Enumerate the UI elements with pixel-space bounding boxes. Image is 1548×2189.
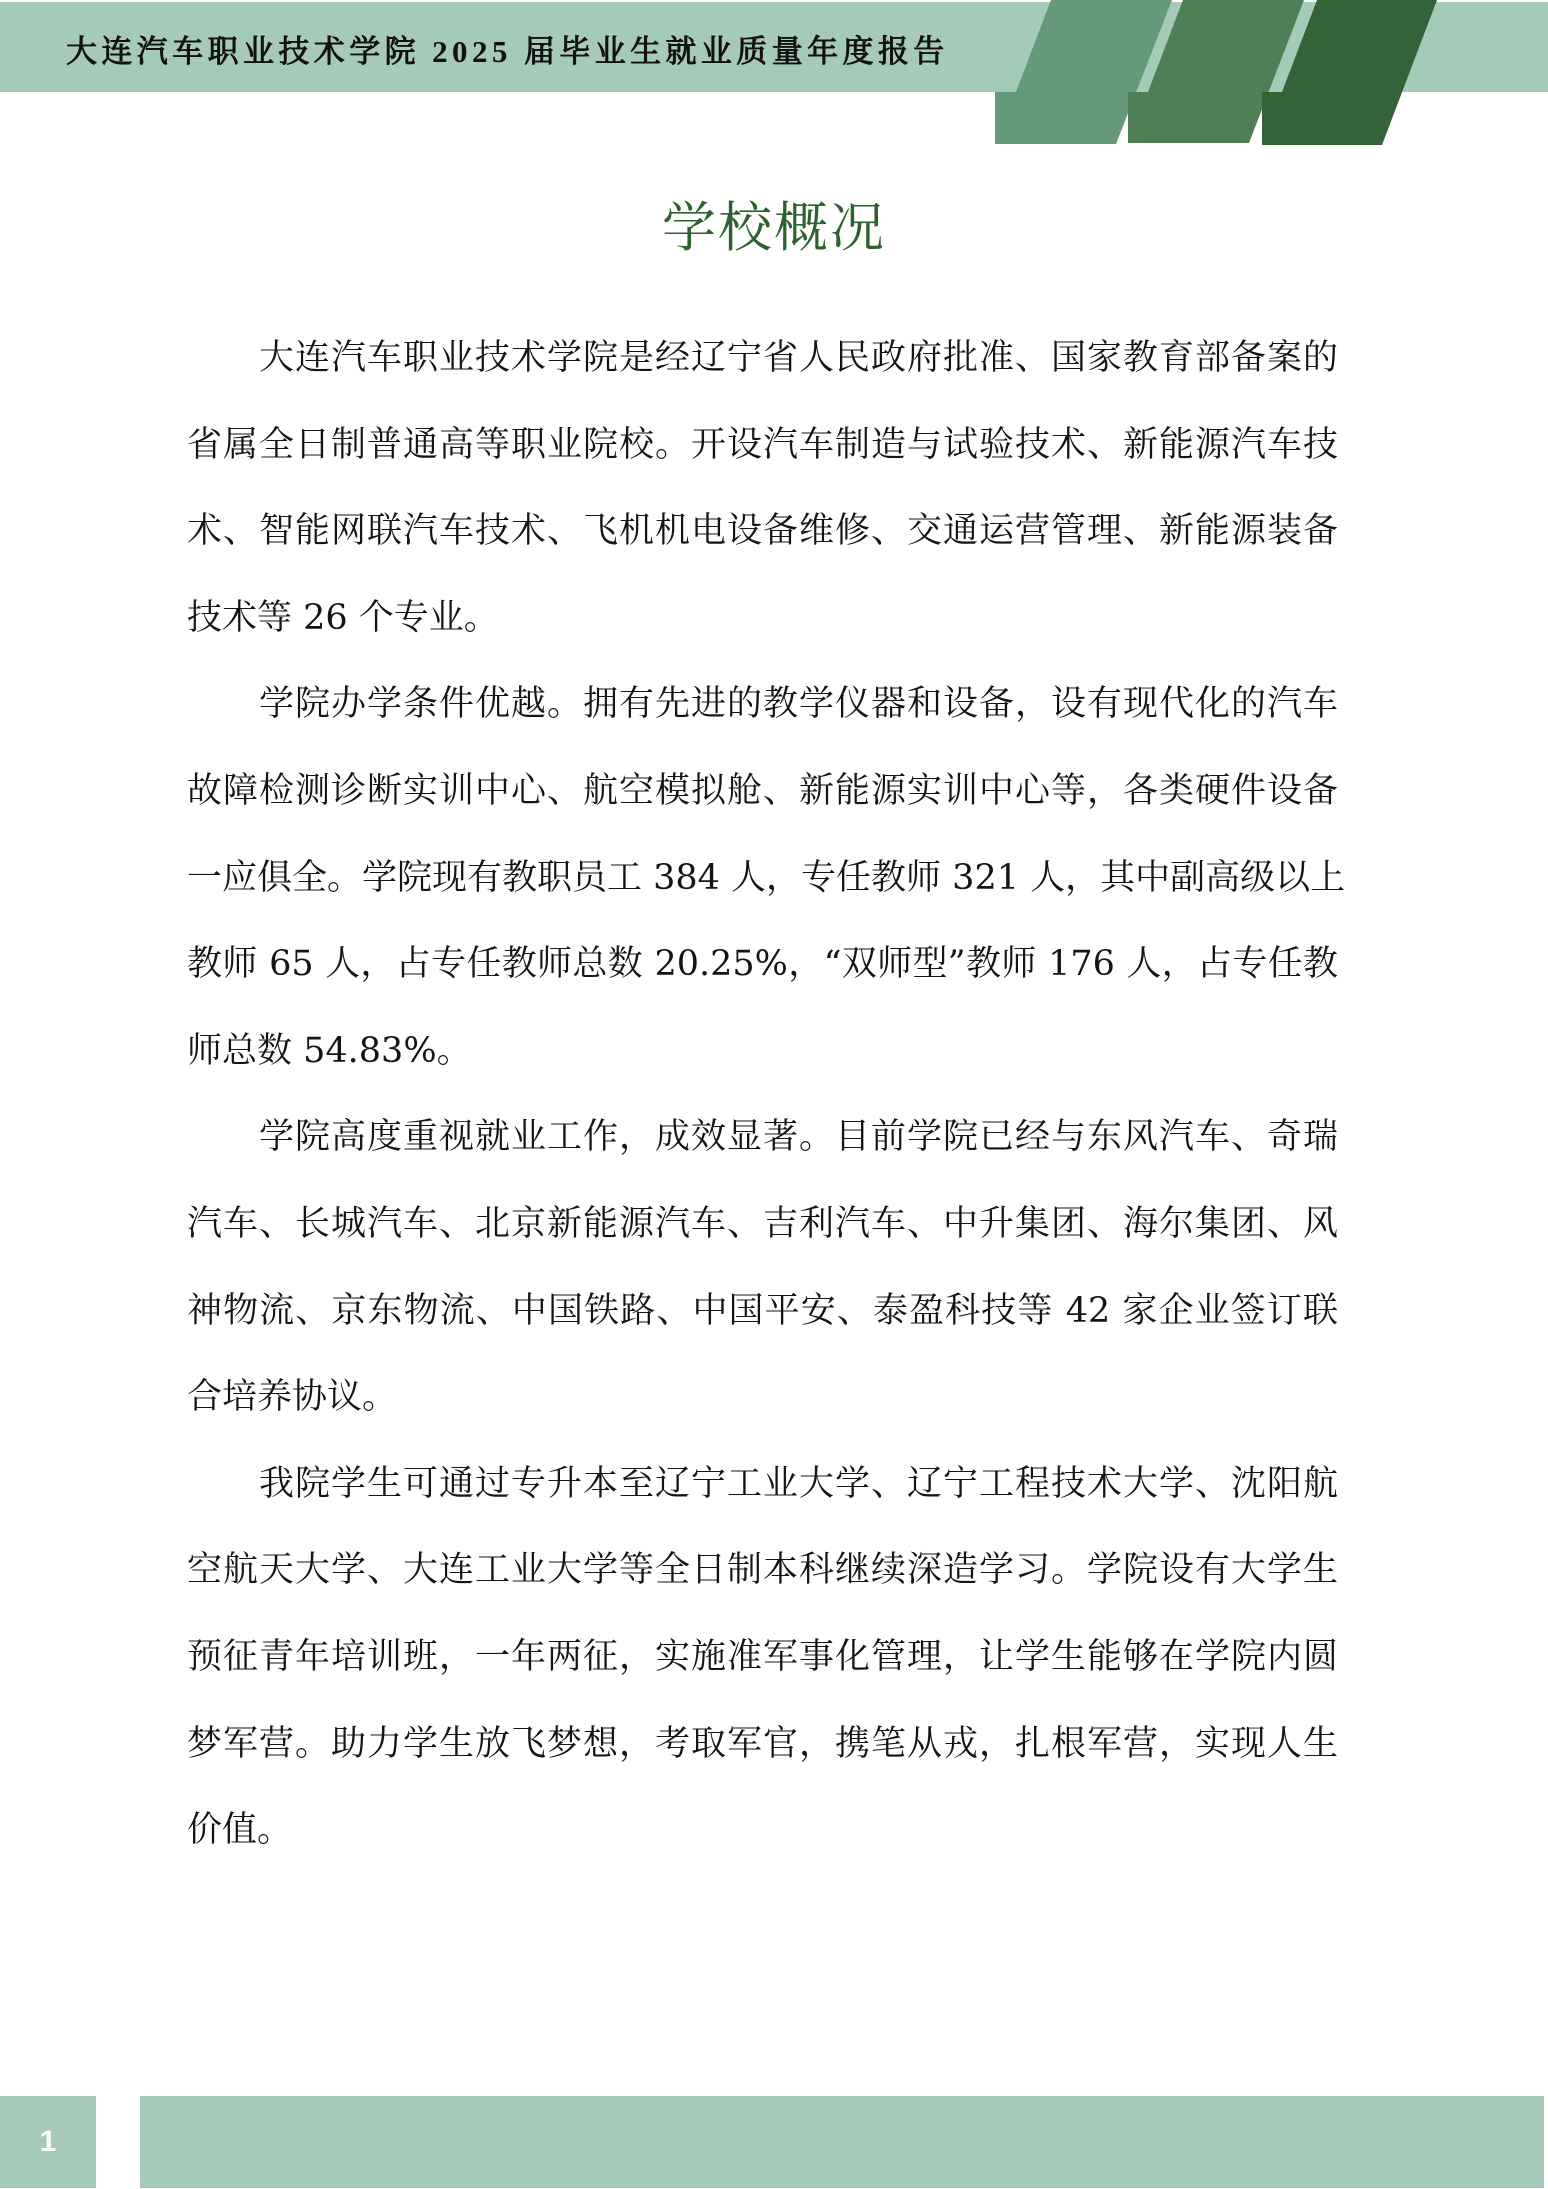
text-line: 学院高度重视就业工作，成效显著。目前学院已经与东风汽车、奇瑞	[187, 1094, 1338, 1181]
page-number-box: 1	[0, 2096, 96, 2188]
paragraph-further-study: 我院学生可通过专升本至辽宁工业大学、辽宁工程技术大学、沈阳航 空航天大学、大连工…	[187, 1441, 1338, 1874]
text-line: 价值。	[187, 1787, 1338, 1874]
paragraph-employment: 学院高度重视就业工作，成效显著。目前学院已经与东风汽车、奇瑞 汽车、长城汽车、北…	[187, 1094, 1338, 1440]
text-line: 术、智能网联汽车技术、飞机机电设备维修、交通运营管理、新能源装备	[187, 488, 1338, 575]
text-line: 技术等 26 个专业。	[187, 575, 1338, 662]
text-line: 师总数 54.83%。	[187, 1008, 1338, 1095]
page-title: 学校概况	[0, 190, 1548, 266]
text-line: 一应俱全。学院现有教职员工 384 人，专任教师 321 人，其中副高级以上	[187, 835, 1338, 922]
text-line: 教师 65 人，占专任教师总数 20.25%，“双师型”教师 176 人，占专任…	[187, 921, 1338, 1008]
text-line: 汽车、长城汽车、北京新能源汽车、吉利汽车、中升集团、海尔集团、风	[187, 1181, 1338, 1268]
text-line: 故障检测诊断实训中心、航空模拟舱、新能源实训中心等，各类硬件设备	[187, 748, 1338, 835]
text-line: 大连汽车职业技术学院是经辽宁省人民政府批准、国家教育部备案的	[187, 315, 1338, 402]
header-decoration-stripes	[0, 0, 1548, 150]
paragraph-facilities: 学院办学条件优越。拥有先进的教学仪器和设备，设有现代化的汽车 故障检测诊断实训中…	[187, 661, 1338, 1094]
text-line: 省属全日制普通高等职业院校。开设汽车制造与试验技术、新能源汽车技	[187, 402, 1338, 489]
text-line: 学院办学条件优越。拥有先进的教学仪器和设备，设有现代化的汽车	[187, 661, 1338, 748]
body-content: 大连汽车职业技术学院是经辽宁省人民政府批准、国家教育部备案的 省属全日制普通高等…	[187, 315, 1338, 1874]
report-header-title: 大连汽车职业技术学院 2025 届毕业生就业质量年度报告	[66, 30, 949, 74]
footer-bar	[140, 2096, 1544, 2188]
text-line: 空航天大学、大连工业大学等全日制本科继续深造学习。学院设有大学生	[187, 1527, 1338, 1614]
text-line: 预征青年培训班，一年两征，实施准军事化管理，让学生能够在学院内圆	[187, 1614, 1338, 1701]
text-line: 合培养协议。	[187, 1354, 1338, 1441]
text-line: 梦军营。助力学生放飞梦想，考取军官，携笔从戎，扎根军营，实现人生	[187, 1701, 1338, 1788]
text-line: 神物流、京东物流、中国铁路、中国平安、泰盈科技等 42 家企业签订联	[187, 1268, 1338, 1355]
page-number: 1	[40, 2125, 57, 2159]
text-line: 我院学生可通过专升本至辽宁工业大学、辽宁工程技术大学、沈阳航	[187, 1441, 1338, 1528]
paragraph-overview: 大连汽车职业技术学院是经辽宁省人民政府批准、国家教育部备案的 省属全日制普通高等…	[187, 315, 1338, 661]
